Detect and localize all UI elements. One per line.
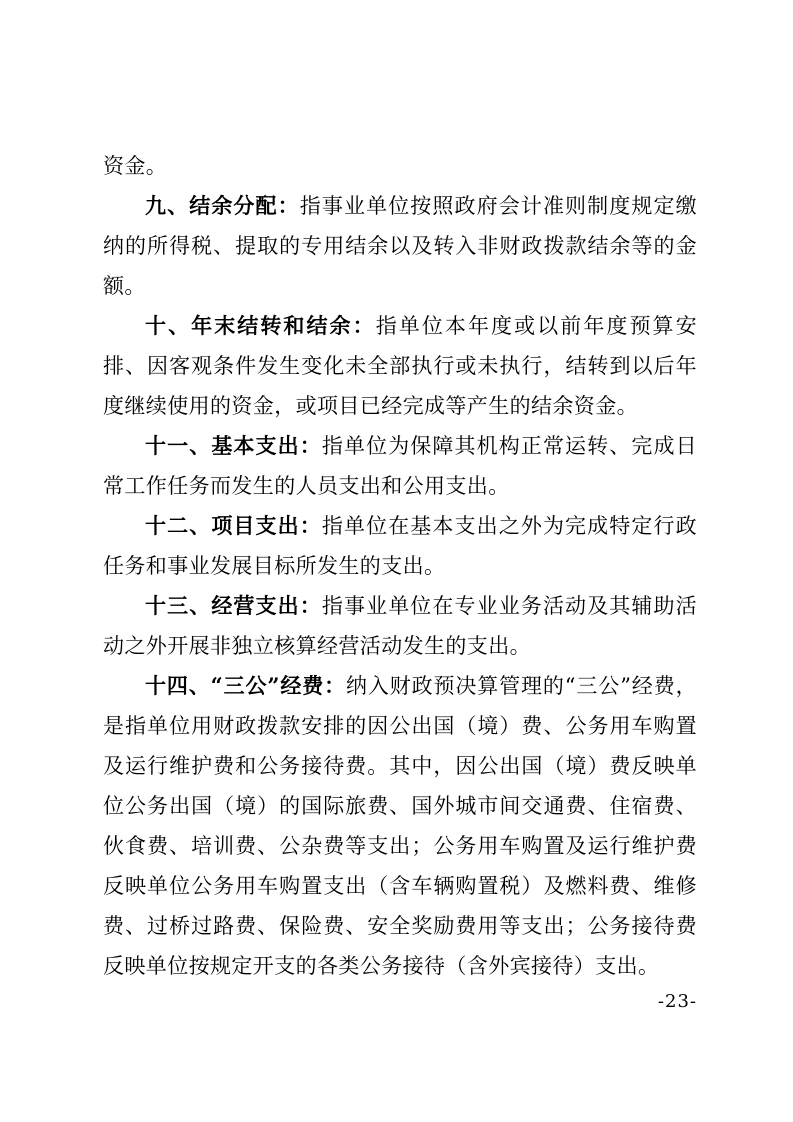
definition-term: 十三、经营支出： (145, 593, 322, 618)
paragraph-definition-14: 十四、“三公”经费：纳入财政预决算管理的“三公”经费，是指单位用财政拨款安排的因… (103, 666, 697, 986)
paragraph-text: 资金。 (103, 154, 167, 178)
definition-term: 九、结余分配： (145, 193, 300, 218)
paragraph-definition-10: 十、年末结转和结余：指单位本年度或以前年度预算安排、因客观条件发生变化未全部执行… (103, 306, 697, 426)
paragraph-definition-9: 九、结余分配：指事业单位按照政府会计准则制度规定缴纳的所得税、提取的专用结余以及… (103, 186, 697, 306)
definition-term: 十四、“三公”经费： (145, 673, 346, 698)
definition-term: 十二、项目支出： (145, 513, 322, 538)
document-body: 资金。 九、结余分配：指事业单位按照政府会计准则制度规定缴纳的所得税、提取的专用… (103, 146, 697, 986)
definition-body: 纳入财政预决算管理的“三公”经费，是指单位用财政拨款安排的因公出国（境）费、公务… (103, 674, 697, 978)
document-page: 资金。 九、结余分配：指事业单位按照政府会计准则制度规定缴纳的所得税、提取的专用… (0, 0, 793, 1122)
definition-term: 十一、基本支出： (145, 433, 322, 458)
paragraph-continuation: 资金。 (103, 146, 697, 186)
paragraph-definition-12: 十二、项目支出：指单位在基本支出之外为完成特定行政任务和事业发展目标所发生的支出… (103, 506, 697, 586)
paragraph-definition-13: 十三、经营支出：指事业单位在专业业务活动及其辅助活动之外开展非独立核算经营活动发… (103, 586, 697, 666)
definition-term: 十、年末结转和结余： (145, 313, 376, 338)
page-number: -23- (658, 992, 697, 1012)
paragraph-definition-11: 十一、基本支出：指单位为保障其机构正常运转、完成日常工作任务而发生的人员支出和公… (103, 426, 697, 506)
